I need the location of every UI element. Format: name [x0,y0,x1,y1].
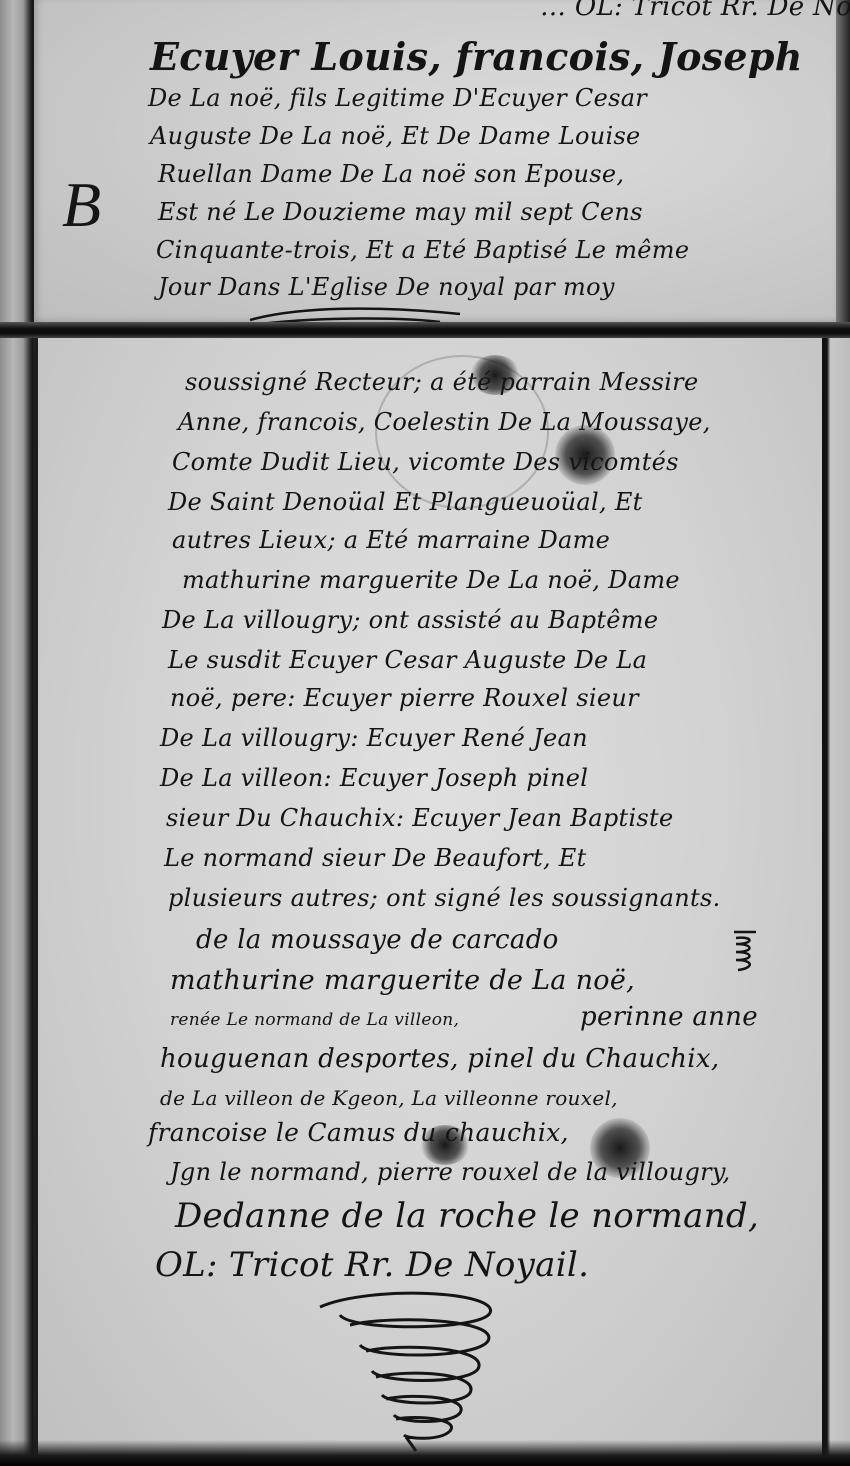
signature-moussaye: de la moussaye de carcado [196,925,559,955]
main-line-4: De Saint Denoüal Et Plangueuoüal, Et [168,488,643,516]
entry-line-4: Ruellan Dame De La noë son Epouse, [158,160,624,188]
main-line-3: Comte Dudit Lieu, vicomte Des vicomtés [172,448,679,476]
main-line-10: De La villougry: Ecuyer René Jean [160,724,588,752]
signature-marraine: mathurine marguerite de La noë, [170,965,635,996]
entry-line-5: Est né Le Douzieme may mil sept Cens [158,198,643,226]
signature-villeon-rouxel: de La villeon de Kgeon, La villeonne rou… [160,1086,618,1110]
main-line-12: sieur Du Chauchix: Ecuyer Jean Baptiste [166,804,674,832]
page-fold-shadow [0,322,850,338]
main-line-11: De La villeon: Ecuyer Joseph pinel [160,764,588,792]
main-line-6: mathurine marguerite De La noë, Dame [182,566,680,594]
signature-rector-tricot: OL: Tricot Rr. De Noyail. [155,1245,589,1285]
signature-houguenan-pinel: houguenan desportes, pinel du Chauchix, [160,1044,719,1074]
entry-line-6: Cinquante-trois, Et a Eté Baptisé Le mêm… [156,236,689,264]
entry-line-7: Jour Dans L'Eglise De noyal par moy [158,273,615,301]
entry-line-3: Auguste De La noë, Et De Dame Louise [150,122,641,150]
previous-entry-signature: … OL: Tricot Rr. De Noyal. [540,0,850,22]
page-bottom-shadow [0,1440,850,1466]
scanned-register-image: … OL: Tricot Rr. De Noyal. B Ecuyer Loui… [0,0,850,1466]
main-line-5: autres Lieux; a Eté marraine Dame [172,526,610,554]
main-line-8: Le susdit Ecuyer Cesar Auguste De La [168,646,647,674]
book-binding-edge [0,0,33,1466]
upper-page-edge [836,0,850,330]
entry-line-1: Ecuyer Louis, francois, Joseph [150,34,803,79]
main-line-9: noë, pere: Ecuyer pierre Rouxel sieur [170,684,639,712]
signature-renee-le-normand: renée Le normand de La villeon, [170,1010,459,1030]
signature-paraph-scribble [730,928,760,976]
entry-line-2: De La noë, fils Legitime D'Ecuyer Cesar [148,84,647,112]
main-line-1: soussigné Recteur; a été parrain Messire [185,368,698,396]
signature-francoise-camus: francoise le Camus du chauchix, [148,1118,569,1147]
rector-paraph-spiral [310,1285,510,1455]
signature-perinne-anne: perinne anne [580,1002,758,1032]
baptism-margin-mark: B [62,168,101,242]
signature-dedanne: Dedanne de la roche le normand, [175,1196,759,1236]
main-line-7: De La villougry; ont assisté au Baptême [162,606,658,634]
main-line-2: Anne, francois, Coelestin De La Moussaye… [178,408,711,436]
main-line-14: plusieurs autres; ont signé les soussign… [168,884,721,912]
main-page-edge [822,338,850,1466]
signature-jgn-le-normand: Jgn le normand, pierre rouxel de la vill… [170,1158,730,1186]
main-line-13: Le normand sieur De Beaufort, Et [164,844,587,872]
